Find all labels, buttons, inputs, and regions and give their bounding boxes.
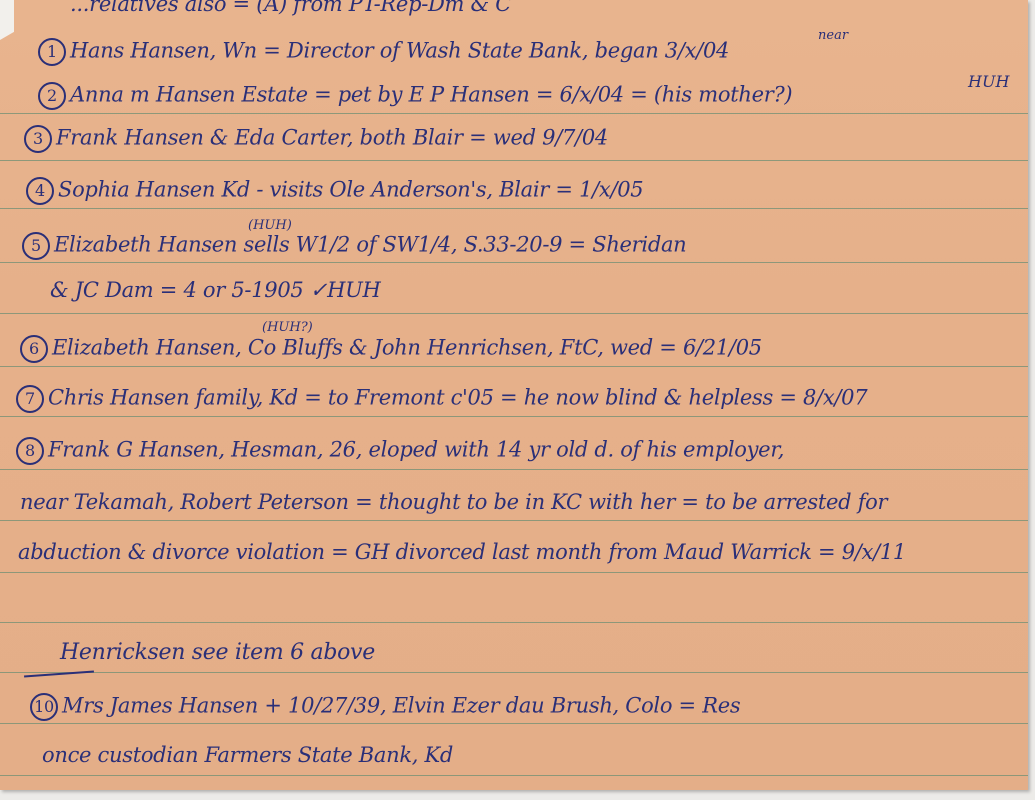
ruled-line [0,160,1028,161]
entry-1: 1Hans Hansen, Wn = Director of Wash Stat… [38,38,729,66]
entry-annotation: (HUH) [248,218,292,233]
entry-8-continued: near Tekamah, Robert Peterson = thought … [20,490,887,514]
entry-number: 4 [26,177,54,205]
entry-3: 3Frank Hansen & Eda Carter, both Blair =… [24,125,608,153]
ruled-line [0,469,1028,470]
entry-8-continued-2: abduction & divorce violation = GH divor… [18,540,906,564]
entry-text: Mrs James Hansen + 10/27/39, Elvin Ezer … [62,694,740,718]
card-header: ...relatives also = (A) from PT-Rep-Dm &… [70,0,511,16]
entry-number: 3 [24,125,52,153]
ruled-line [0,416,1028,417]
entry-text: Elizabeth Hansen, Co Bluffs & John Henri… [52,336,762,360]
entry-number: 1 [38,38,66,66]
entry-number: 7 [16,385,44,413]
entry-text: near Tekamah, Robert Peterson = thought … [20,490,887,514]
entry-annotation: near [818,28,848,43]
ruled-line [0,208,1028,209]
ruled-line [0,313,1028,314]
ruled-line [0,572,1028,573]
entry-number: 10 [30,693,58,721]
entry-number: 5 [22,232,50,260]
ruled-line [0,520,1028,521]
entry-text: & JC Dam = 4 or 5-1905 ✓HUH [50,278,381,302]
index-card: ...relatives also = (A) from PT-Rep-Dm &… [0,0,1028,790]
entry-6: 6Elizabeth Hansen, Co Bluffs & John Henr… [20,335,762,363]
entry-number: 8 [16,437,44,465]
entry-4: 4Sophia Hansen Kd - visits Ole Anderson'… [26,177,643,205]
ruled-line [0,366,1028,367]
entry-text: abduction & divorce violation = GH divor… [18,540,906,564]
entry-text: Frank Hansen & Eda Carter, both Blair = … [56,126,608,150]
ruled-line [0,262,1028,263]
entry-annotation: HUH [968,72,1009,91]
entry-10: 10Mrs James Hansen + 10/27/39, Elvin Eze… [30,693,740,721]
ruled-line [0,672,1028,673]
entry-7: 7Chris Hansen family, Kd = to Fremont c'… [16,385,867,413]
entry-text: Anna m Hansen Estate = pet by E P Hansen… [70,83,792,107]
entry-5: 5Elizabeth Hansen sells W1/2 of SW1/4, S… [22,232,686,260]
entry-5-continued: & JC Dam = 4 or 5-1905 ✓HUH [50,278,381,302]
entry-number: 2 [38,82,66,110]
ruled-line [0,775,1028,776]
entry-annotation: (HUH?) [262,320,313,335]
entry-text: Sophia Hansen Kd - visits Ole Anderson's… [58,178,643,202]
entry-text: Chris Hansen family, Kd = to Fremont c'0… [48,386,867,410]
entry-text: Frank G Hansen, Hesman, 26, eloped with … [48,438,784,462]
entry-10-continued: once custodian Farmers State Bank, Kd [42,743,453,767]
entry-text: Elizabeth Hansen sells W1/2 of SW1/4, S.… [54,233,686,257]
entry-8: 8Frank G Hansen, Hesman, 26, eloped with… [16,437,784,465]
entry-number: 6 [20,335,48,363]
ruled-line [0,622,1028,623]
entry-text: Hans Hansen, Wn = Director of Wash State… [70,39,729,63]
ruled-line [0,113,1028,114]
ruled-line [0,723,1028,724]
entry-2: 2Anna m Hansen Estate = pet by E P Hanse… [38,82,792,110]
cross-reference-note: Henricksen see item 6 above [60,640,375,665]
